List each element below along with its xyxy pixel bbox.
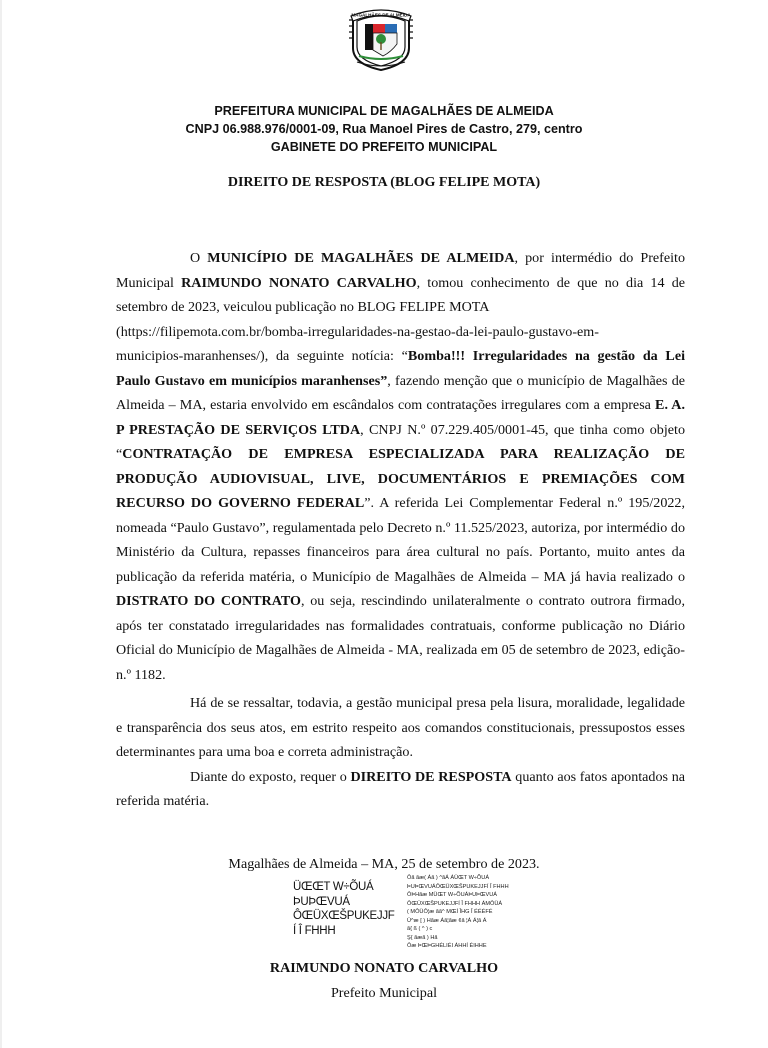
signature-detail-line: Ôã ãæ( Áã ) ^ãÁ ÁÜŒT W÷ÕUÁ: [407, 874, 509, 883]
contract-termination: DISTRATO DO CONTRATO: [116, 593, 301, 609]
signature-line: ÜŒŒT W÷ÕUÁ: [293, 880, 395, 895]
signature-detail-line: Ôæ ÞŒÞGHÉLIÉI ÁHHÍ ÉIHHE: [407, 942, 509, 951]
document-body: O MUNICÍPIO DE MAGALHÃES DE ALMEIDA, por…: [116, 246, 685, 814]
signature-detail-line: ÔÞHãæ MÜŒT W÷ÕUÁÞUÞŒVUÁ: [407, 891, 509, 900]
signer-name: RAIMUNDO NONATO CARVALHO: [0, 960, 768, 977]
right-of-reply-emphasis: DIREITO DE RESPOSTA: [350, 769, 511, 785]
mayor-name: RAIMUNDO NONATO CARVALHO: [181, 275, 416, 291]
municipality-name: MUNICÍPIO DE MAGALHÃES DE ALMEIDA: [207, 250, 514, 266]
signature-detail-line: ( MÔÜÔ¦æ ãã^ MŒÍ ÎHG Î ÉÉÉFÉ: [407, 908, 509, 917]
document-page: MAGALHÃES DE ALMEIDA PREFEITURA MUNICIPA…: [0, 0, 768, 1048]
text-span: , da seguinte notícia: “: [265, 348, 408, 364]
letterhead-line-1: PREFEITURA MUNICIPAL DE MAGALHÃES DE ALM…: [0, 104, 768, 118]
paragraph-3: Diante do exposto, requer o DIREITO DE R…: [116, 765, 685, 814]
text-span: Diante do exposto, requer o: [190, 769, 350, 785]
document-title: DIREITO DE RESPOSTA (BLOG FELIPE MOTA): [0, 175, 768, 191]
paragraph-1: O MUNICÍPIO DE MAGALHÃES DE ALMEIDA, por…: [116, 246, 685, 687]
signature-detail-line: ã{ ß ( ^ ) c: [407, 925, 509, 934]
letterhead-line-2: CNPJ 06.988.976/0001-09, Rua Manoel Pire…: [0, 122, 768, 136]
digital-signature-block: ÜŒŒT W÷ÕUÁ ÞUÞŒVUÁ ÔŒÜXŒŠPUKEJJF Í Î FHH…: [293, 880, 395, 938]
signature-detail-line: Ş{ ãæã ) Hã: [407, 934, 509, 943]
digital-signature-details: Ôã ãæ( Áã ) ^ãÁ ÁÜŒT W÷ÕUÁ ÞUÞŒVUÁÔŒÜXŒŠ…: [407, 874, 509, 951]
signature-detail-line: ÔŒÜXŒŠPUKEJJFÍ Î FHHH ÁMÔÜÁ: [407, 900, 509, 909]
svg-text:MAGALHÃES DE ALMEIDA: MAGALHÃES DE ALMEIDA: [351, 12, 411, 18]
page-edge: [0, 0, 2, 1048]
signature-line: ÔŒÜXŒŠPUKEJJF: [293, 909, 395, 924]
signature-detail-line: ÞUÞŒVUÁÔŒÜXŒŠPUKEJJFÍ Î FHHH: [407, 883, 509, 892]
signature-line: Í Î FHHH: [293, 924, 395, 939]
signature-detail-line: Ü^æ [ ) Hãæ Áã¦ãæ ¢ã ¦Á Á¦ã Á: [407, 917, 509, 926]
place-and-date: Magalhães de Almeida – MA, 25 de setembr…: [0, 856, 768, 873]
letterhead-line-3: GABINETE DO PREFEITO MUNICIPAL: [0, 140, 768, 154]
blog-url-part-1[interactable]: (https://filipemota.com.br/bomba-irregul…: [116, 324, 599, 340]
municipal-seal-icon: MAGALHÃES DE ALMEIDA: [343, 4, 419, 72]
blog-url-part-2[interactable]: municipios-maranhenses/): [116, 348, 265, 364]
signer-role: Prefeito Municipal: [0, 985, 768, 1002]
text-span: O: [190, 250, 207, 266]
signature-line: ÞUÞŒVUÁ: [293, 895, 395, 910]
paragraph-2: Há de se ressaltar, todavia, a gestão mu…: [116, 691, 685, 765]
